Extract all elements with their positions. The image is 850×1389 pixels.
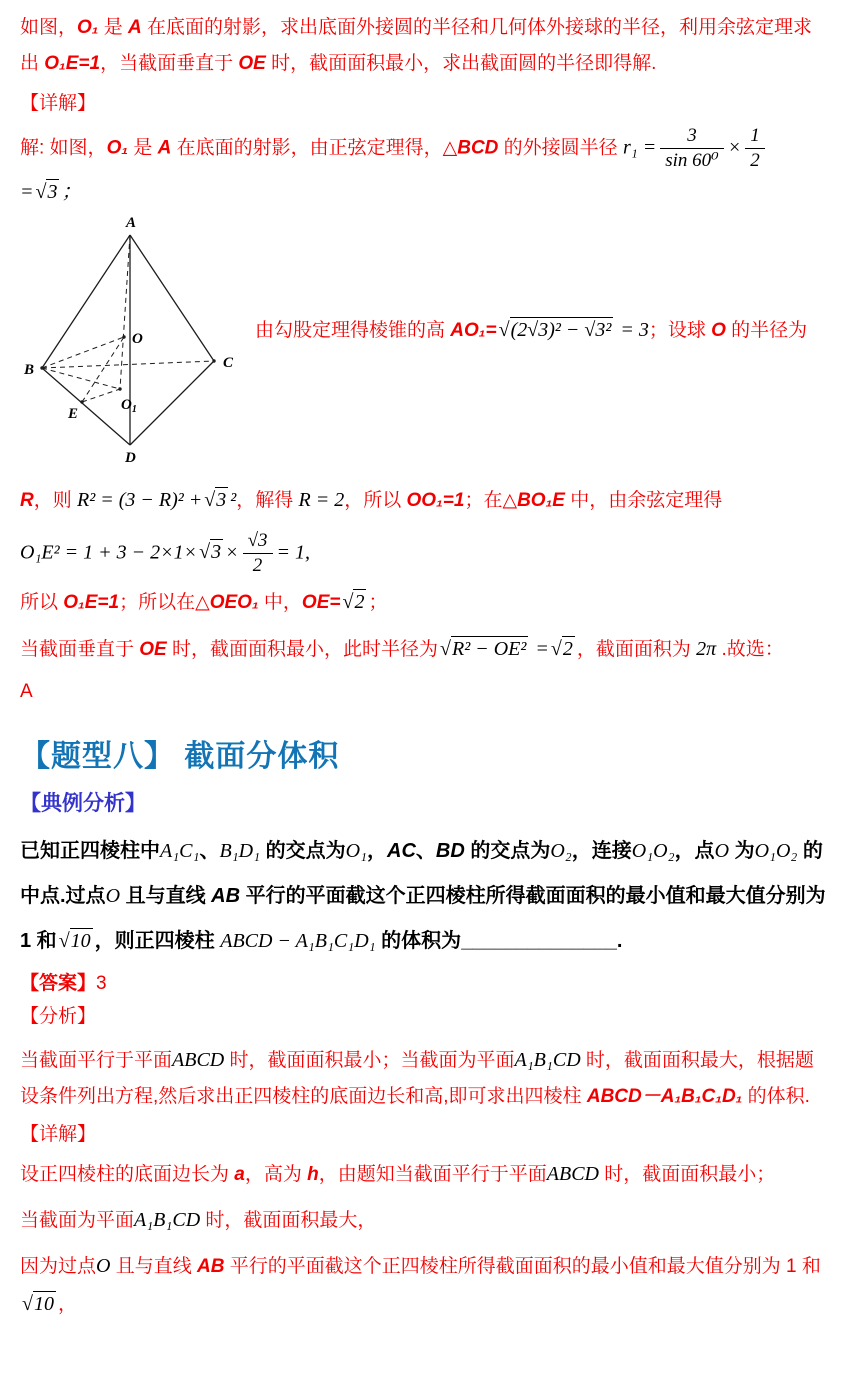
text-run: 因为过点 [20, 1256, 96, 1277]
text-run: ABCD－A₁B₁C₁D₁ [587, 1086, 743, 1107]
detail-line-given-values: 因为过点O 且与直线 AB 平行的平面截这个正四棱柱所得截面面积的最小值和最大值… [20, 1247, 830, 1323]
text-run: O₁ [346, 840, 367, 862]
text-run: OE [139, 639, 166, 660]
text-run: 2π [696, 638, 716, 660]
text-run: 时，截面面积最大， [200, 1210, 376, 1231]
text-run: ABCD − A₁B₁C₁D₁ [220, 930, 375, 952]
solution-formula-O1E: O₁E² = 1 + 3 − 2×1×√3×√32= 1, [20, 529, 830, 578]
fraction: 12 [745, 124, 765, 173]
figure-edge-EO1 [82, 389, 120, 402]
text-run: 【详解】 [20, 93, 96, 114]
example-analysis-label: 【典例分析】 [20, 788, 830, 820]
text-run: ，则正四棱柱 [95, 930, 221, 952]
text-run: AB [211, 885, 240, 907]
text-run: 、 [416, 840, 436, 862]
text-run: 时，截面面积最小，此时半径为 [167, 639, 438, 660]
text-run: 如图， [20, 17, 77, 38]
text-run: ，截面面积为 [577, 639, 696, 660]
text-run: △BCD [443, 138, 499, 159]
sqrt-expression: √3 [199, 541, 223, 563]
figure-side-note: 由勾股定理得棱锥的高 AO₁=√(2√3)² − √3² = 3；设球 O 的半… [245, 215, 830, 349]
text-run: A₁C₁ [160, 840, 199, 862]
text-run: 平行的平面截这个正四棱柱所得截面面积的最小值和最大值分别为 1 和 [224, 1256, 820, 1277]
detail-line-max-section: 当截面为平面A₁B₁CD 时，截面面积最大， [20, 1201, 830, 1239]
figure-edge-AO1 [120, 235, 130, 389]
text-run: OO₁=1 [407, 490, 465, 511]
figure-point-B [40, 366, 43, 369]
problem-statement: 已知正四棱柱中A₁C₁、B₁D₁ 的交点为O₁，AC、BD 的交点为O₂，连接O… [20, 829, 830, 964]
figure-edge-CD [130, 361, 214, 445]
figure-edge-BO [42, 337, 124, 368]
vertex-label-C: C [223, 355, 234, 371]
text-run: ； [368, 592, 387, 613]
text-run: OE [238, 53, 265, 74]
text-run: = [20, 181, 34, 203]
text-run: ，则 [34, 490, 77, 511]
text-run: = [530, 638, 549, 660]
text-run: A₁B₁CD [134, 1209, 200, 1231]
text-run: AB [197, 1256, 224, 1277]
text-run: ABCD [547, 1163, 599, 1185]
text-run: ，解得 [236, 490, 298, 511]
text-run: B₁D₁ [219, 840, 260, 862]
detail-label-2: 【详解】 [20, 1117, 830, 1153]
text-run: O [711, 320, 726, 341]
text-run: 当截面垂直于 [20, 639, 139, 660]
text-run: ；在 [464, 490, 502, 511]
figure-point-C [212, 359, 215, 362]
text-run: O [106, 885, 120, 907]
text-run: 解: 如图， [20, 138, 107, 159]
text-run: O [715, 840, 729, 862]
text-run: A [128, 17, 142, 38]
figure-point-O1 [118, 387, 121, 390]
text-run: = 1, [277, 541, 311, 563]
detail-label: 【详解】 [20, 86, 830, 122]
text-run: × [728, 137, 742, 159]
sqrt-expression: √10 [22, 1293, 56, 1315]
solution-line-conclusion: 当截面垂直于 OE 时，截面面积最小，此时半径为√R² − OE² =√2，截面… [20, 630, 830, 668]
text-run: 的外接圆半径 [498, 138, 623, 159]
text-run: ，由题知当截面平行于平面 [319, 1164, 547, 1185]
text-run: ；设球 [649, 320, 711, 341]
text-run: A₁B₁CD [515, 1049, 581, 1071]
text-run: ； [61, 181, 81, 203]
vertex-label-O1: O1 [121, 397, 137, 415]
text-run: O₁O₂ [632, 840, 675, 862]
text-run: OE= [302, 592, 341, 613]
text-run: 是 [98, 17, 128, 38]
text-run: O [96, 1255, 110, 1277]
detail-line-setup: 设正四棱柱的底面边长为 a，高为 h，由题知当截面平行于平面ABCD 时，截面面… [20, 1155, 830, 1193]
text-run: ，所以 [344, 490, 406, 511]
answer-choice: A [20, 674, 830, 710]
text-run: 所以 [20, 592, 63, 613]
figure-point-O [122, 335, 125, 338]
solution-line-circumradius: 解: 如图，O₁ 是 A 在底面的射影，由正弦定理得，△BCD 的外接圆半径 r… [20, 124, 830, 211]
vertex-label-O: O [132, 331, 143, 347]
text-run: 的交点为 [260, 840, 346, 862]
text-run: 的体积. [742, 1086, 810, 1107]
text-run: 当截面为平面 [20, 1210, 134, 1231]
answer-line: 【答案】3 [20, 968, 830, 1000]
text-run: 中， [259, 592, 302, 613]
tetrahedron-figure: ABCDOO1E [20, 215, 245, 467]
text-run: = 3 [615, 319, 649, 341]
text-run: △OEO₁ [195, 592, 259, 613]
text-run: O₁ [107, 138, 128, 159]
analysis-paragraph: 当截面平行于平面ABCD 时，截面面积最小；当截面为平面A₁B₁CD 时，截面面… [20, 1041, 830, 1115]
text-run: ，点 [675, 840, 715, 862]
text-run: .故选： [716, 639, 784, 660]
text-run: R² = (3 − R)² + [77, 489, 202, 511]
text-run: 且与直线 [110, 1256, 197, 1277]
text-run: R [20, 490, 34, 511]
text-run: 已知正四棱柱中 [20, 840, 160, 862]
figure-edge-BC [42, 361, 214, 368]
section-heading: 【题型八】 截面分体积 [20, 736, 830, 778]
solution-line-radius-R: R，则 R² = (3 − R)² +√3²，解得 R = 2，所以 OO₁=1… [20, 481, 830, 519]
text-run: 且与直线 [120, 885, 211, 907]
text-run: 由勾股定理得棱锥的高 [255, 320, 450, 341]
text-run: ABCD [172, 1049, 224, 1071]
text-run: 【详解】 [20, 1124, 96, 1145]
sqrt-expression: √3 [36, 181, 60, 203]
text-run: ，高为 [245, 1164, 307, 1185]
sqrt-expression: √2 [551, 638, 575, 660]
text-run: ， [58, 1294, 77, 1315]
text-run: 时，截面面积最小； [599, 1164, 775, 1185]
sqrt-expression: √R² − OE² [440, 638, 528, 660]
text-run: O₁E=1 [63, 592, 119, 613]
sqrt-expression: √(2√3)² − √3² [499, 319, 614, 341]
text-run: △BO₁E [502, 490, 564, 511]
fraction: 3sin 60⁰ [660, 124, 724, 173]
text-run: × [225, 541, 239, 563]
text-run: ， [367, 840, 387, 862]
text-run: ；所以在 [119, 592, 195, 613]
text-run: O₁ [77, 17, 98, 38]
text-run: 设正四棱柱的底面边长为 [20, 1164, 234, 1185]
method-summary-paragraph: 如图，O₁ 是 A 在底面的射影，求出底面外接圆的半径和几何体外接球的半径，利用… [20, 10, 830, 82]
text-run: r₁ = [623, 137, 656, 159]
text-run: AO₁= [450, 320, 496, 341]
text-run: 的交点为 [465, 840, 551, 862]
text-run: ，当截面垂直于 [100, 53, 238, 74]
figure-point-E [80, 400, 83, 403]
vertex-label-A: A [125, 215, 136, 231]
text-run: ，连接 [572, 840, 632, 862]
text-run: O₁E² = 1 + 3 − 2×1× [20, 541, 197, 563]
vertex-label-B: B [23, 362, 34, 378]
text-run: AC [387, 840, 416, 862]
text-run: BD [436, 840, 465, 862]
text-run: 在底面的射影，由正弦定理得， [171, 138, 442, 159]
text-run: R = 2 [299, 489, 345, 511]
text-run: 的半径为 [726, 320, 807, 341]
text-run: A [20, 681, 33, 702]
text-run: 3 [96, 973, 107, 994]
text-run: O₁O₂ [755, 840, 798, 862]
text-run: 中，由余弦定理得 [565, 490, 722, 511]
text-run: a [234, 1164, 245, 1185]
figure-row: ABCDOO1E 由勾股定理得棱锥的高 AO₁=√(2√3)² − √3² = … [20, 215, 830, 467]
solution-line-OE: 所以 O₁E=1；所以在△OEO₁ 中，OE=√2； [20, 583, 830, 621]
text-run: 【答案】 [20, 973, 96, 994]
fraction: √32 [243, 529, 273, 578]
text-run: A [158, 138, 172, 159]
text-run: 的体积为 [376, 930, 462, 952]
text-run: 时，截面面积最小，求出截面圆的半径即得解. [266, 53, 657, 74]
text-run: h [307, 1164, 319, 1185]
vertex-label-D: D [124, 450, 136, 466]
text-run: 【分析】 [20, 1006, 96, 1027]
text-run: O₂ [550, 840, 571, 862]
text-run: 是 [128, 138, 158, 159]
sqrt-expression: √3 [204, 489, 228, 511]
math-solution-document: 如图，O₁ 是 A 在底面的射影，求出底面外接圆的半径和几何体外接球的半径，利用… [0, 0, 850, 1324]
text-run: 时，截面面积最小；当截面为平面 [224, 1050, 514, 1071]
analysis-label: 【分析】 [20, 1001, 830, 1033]
text-run: ______________. [461, 930, 622, 952]
sqrt-expression: √2 [342, 591, 366, 613]
sqrt-expression: √10 [59, 930, 93, 952]
text-run: O₁E=1 [44, 53, 100, 74]
text-run: 当截面平行于平面 [20, 1050, 172, 1071]
figure-edge-EO [82, 337, 124, 402]
vertex-label-E: E [67, 406, 78, 422]
text-run: 为 [729, 840, 755, 862]
text-run: 、 [199, 840, 219, 862]
